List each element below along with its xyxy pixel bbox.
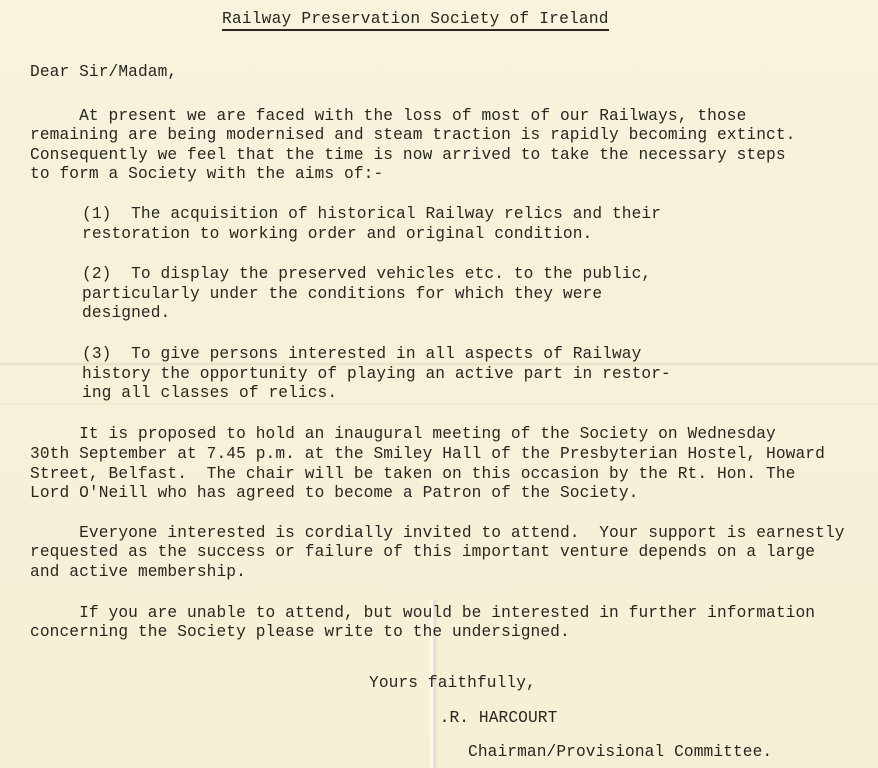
intro-line: At present we are faced with the loss of… xyxy=(30,106,746,126)
invitation-line: Everyone interested is cordially invited… xyxy=(30,523,845,543)
aim-line: restoration to working order and origina… xyxy=(82,224,592,244)
signatory: .R. HARCOURT xyxy=(420,708,557,728)
aim-line: designed. xyxy=(82,303,170,323)
intro-line: Consequently we feel that the time is no… xyxy=(30,145,786,165)
intro-line: remaining are being modernised and steam… xyxy=(30,125,796,145)
aim-line: (1) The acquisition of historical Railwa… xyxy=(82,204,661,224)
contact-line: concerning the Society please write to t… xyxy=(30,622,570,642)
letter-page: Railway Preservation Society of Ireland … xyxy=(0,0,878,768)
meeting-line: It is proposed to hold an inaugural meet… xyxy=(30,424,776,444)
intro-line: to form a Society with the aims of:- xyxy=(30,164,383,184)
aim-line: (3) To give persons interested in all as… xyxy=(82,344,641,364)
letter-title: Railway Preservation Society of Ireland xyxy=(222,10,609,31)
meeting-line: 30th September at 7.45 p.m. at the Smile… xyxy=(30,444,825,464)
meeting-line: Lord O'Neill who has agreed to become a … xyxy=(30,483,638,503)
aim-line: (2) To display the preserved vehicles et… xyxy=(82,264,651,284)
invitation-line: and active membership. xyxy=(30,562,246,582)
invitation-line: requested as the success or failure of t… xyxy=(30,542,815,562)
signatory-position: Chairman/Provisional Committee. xyxy=(468,742,772,762)
aim-line: particularly under the conditions for wh… xyxy=(82,284,602,304)
meeting-line: Street, Belfast. The chair will be taken… xyxy=(30,464,796,484)
closing: Yours faithfully, xyxy=(369,673,536,693)
aim-line: history the opportunity of playing an ac… xyxy=(82,364,671,384)
aim-line: ing all classes of relics. xyxy=(82,383,337,403)
salutation: Dear Sir/Madam, xyxy=(30,62,177,82)
contact-line: If you are unable to attend, but would b… xyxy=(30,603,815,623)
